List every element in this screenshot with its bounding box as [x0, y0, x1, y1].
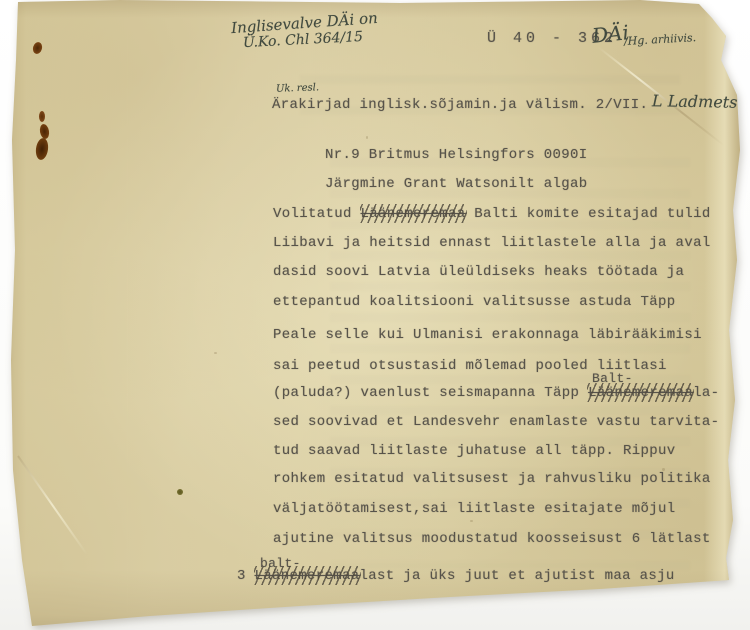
typed-text: Volitatud — [273, 206, 361, 222]
typed-line: ajutine valitsus moodustatud koosseisust… — [273, 531, 711, 547]
ink-blot — [39, 123, 50, 139]
typed-text: Balti komite esitajad tulid — [466, 206, 711, 222]
typed-line: Ärakirjad inglisk.sõjamin.ja välism. 2/V… — [272, 97, 648, 113]
ink-blot — [177, 489, 183, 495]
typed-line: dasid soovi Latvia üleüldiseks heaks töö… — [273, 264, 684, 280]
struck-out-text: Läänemeremaa — [361, 206, 466, 222]
struck-out-text: Läänemeremaa — [588, 385, 693, 401]
typed-text: ettepantud koalitsiooni valitsusse astud… — [273, 294, 676, 310]
ink-blot — [35, 137, 50, 160]
typed-text: ajutine valitsus moodustatud koosseisust… — [273, 531, 711, 547]
typed-line: Volitatud Läänemeremaa Balti komite esit… — [273, 206, 711, 222]
typed-text: Liibavi ja heitsid ennast liitlastele al… — [273, 235, 711, 251]
typed-line: tud saavad liitlaste juhatuse all täpp. … — [273, 443, 676, 459]
typed-line: rohkem esitatud valitsusest ja rahvuslik… — [273, 471, 711, 487]
signature: L Ladmets — [652, 91, 738, 111]
typed-line: (paluda?) vaenlust seismapanna Täpp Lään… — [273, 385, 719, 401]
paper-left-edge-shading — [0, 0, 26, 630]
typed-text: la- — [693, 385, 719, 401]
struck-out-text: Läänemeremaa — [255, 568, 360, 584]
typed-text: Järgmine Grant Watsonilt algab — [325, 176, 588, 192]
typed-text: last ja üks juut et ajutist maa asju — [360, 568, 675, 584]
document-page-wrapper: Ü 40 - 362Ärakirjad inglisk.sõjamin.ja v… — [0, 0, 750, 630]
paper-crease-bottom-left — [17, 455, 87, 554]
typed-text: (paluda?) vaenlust seismapanna Täpp — [273, 385, 588, 401]
ink-blot — [8, 238, 13, 247]
ink-blot — [32, 41, 44, 55]
paper-fleck — [366, 136, 368, 139]
typed-text: dasid soovi Latvia üleüldiseks heaks töö… — [273, 264, 684, 280]
typed-line: Nr.9 Britmus Helsingfors 0090I — [325, 147, 588, 163]
paper-fleck — [470, 520, 473, 522]
typed-line: Järgmine Grant Watsonilt algab — [325, 176, 588, 192]
typed-line: sed soovivad et Landesvehr enamlaste vas… — [273, 414, 719, 430]
typed-text: 3 — [237, 568, 255, 584]
typed-line: 3 Läänemeremaalast ja üks juut et ajutis… — [237, 568, 675, 584]
typed-text: väljatöötamisest,sai liitlaste esitajate… — [273, 501, 676, 517]
typed-text: sed soovivad et Landesvehr enamlaste vas… — [273, 414, 719, 430]
typed-text: Ärakirjad inglisk.sõjamin.ja välism. 2/V… — [272, 97, 648, 113]
typed-text: rohkem esitatud valitsusest ja rahvuslik… — [273, 471, 711, 487]
typed-line: väljatöötamisest,sai liitlaste esitajate… — [273, 501, 676, 517]
typed-text: Nr.9 Britmus Helsingfors 0090I — [325, 147, 588, 163]
typed-line: ettepantud koalitsiooni valitsusse astud… — [273, 294, 676, 310]
note-resl: Uk. resl. — [276, 82, 319, 94]
paper-sheet: Ü 40 - 362Ärakirjad inglisk.sõjamin.ja v… — [0, 0, 750, 630]
typed-line: Peale selle kui Ulmanisi erakonnaga läbi… — [273, 327, 702, 343]
typed-line: Liibavi ja heitsid ennast liitlastele al… — [273, 235, 711, 251]
typed-text: Peale selle kui Ulmanisi erakonnaga läbi… — [273, 327, 702, 343]
note-top-right-remark: /Hg. arhiivis. — [624, 31, 697, 48]
paper-fleck — [214, 352, 217, 354]
ink-blot — [39, 111, 45, 122]
typed-text: tud saavad liitlaste juhatuse all täpp. … — [273, 443, 676, 459]
